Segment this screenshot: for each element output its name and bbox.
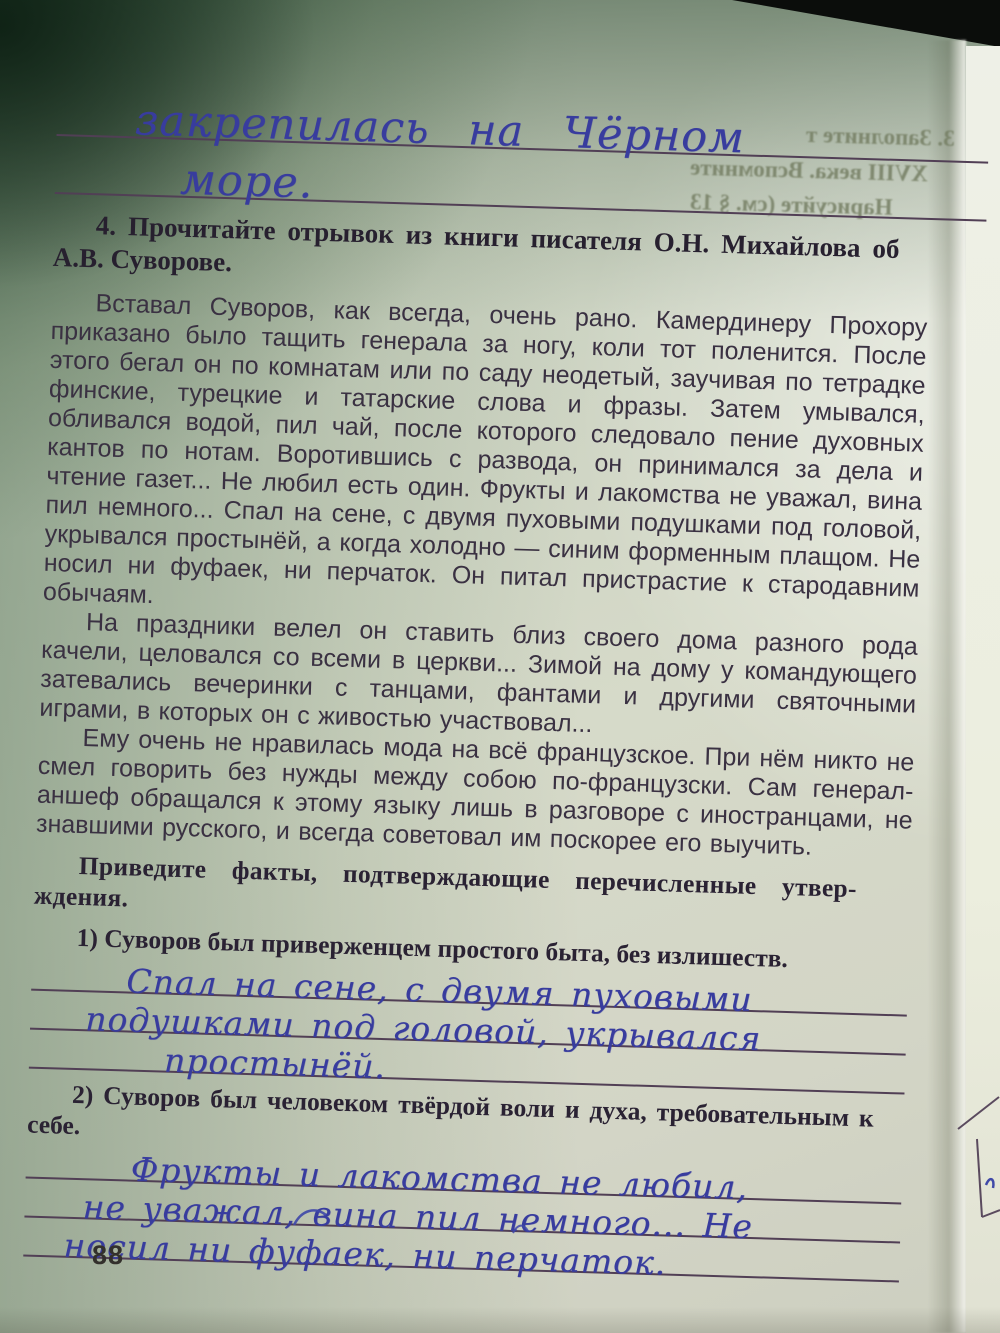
pen-stroke-mark [512, 1222, 530, 1236]
page-number: 88 [92, 1240, 124, 1271]
workbook-page-photo: 3. Заполните т XVIII века. Вспомните Нар… [0, 0, 1000, 1333]
handwritten-answer: простынёй. [164, 1041, 387, 1087]
excerpt-paragraph: Вставал Суворов, как всегда, очень рано.… [43, 288, 928, 633]
handwritten-answer-continuation: море. [180, 155, 315, 209]
answer-block-2: Фрукты и лакомства не любил, не уважал, … [23, 1140, 902, 1283]
answer-block-1: Спал на сене, с двумя пуховыми подушками… [29, 952, 908, 1095]
task-instruction: Приведите факты, подтверждающие перечисл… [34, 849, 911, 937]
exercise-heading: 4. Прочитайте отрывок из книги писателя … [52, 208, 930, 300]
next-page-table-fragment [954, 1085, 1000, 1245]
handwritten-answer: носил ни фуфаек, ни перчаток. [63, 1226, 667, 1283]
photo-vignette [0, 1307, 1000, 1333]
excerpt-paragraph: Ему очень не нравилась мода на всё франц… [36, 723, 915, 865]
pen-stroke-mark [292, 1206, 328, 1230]
page-content: закрепилась на Чёрном море. 4. Прочитайт… [23, 86, 933, 1282]
